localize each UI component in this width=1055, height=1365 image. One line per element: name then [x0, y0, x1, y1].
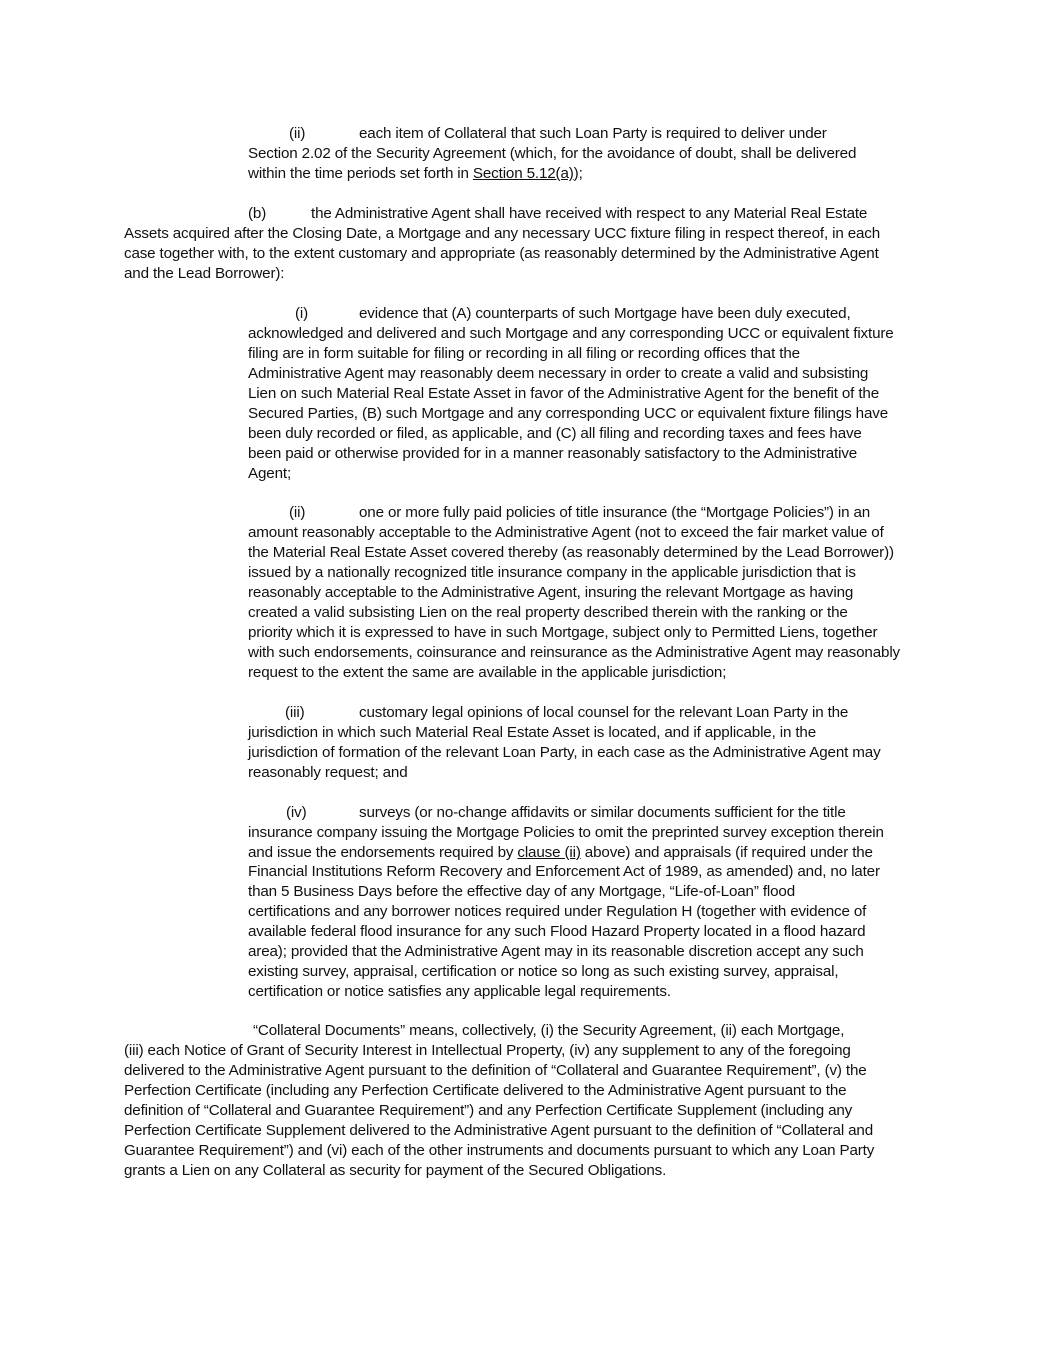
text-line: certifications and any borrower notices …: [248, 902, 866, 922]
text-line: Financial Institutions Reform Recovery a…: [248, 862, 880, 882]
text-line: grants a Lien on any Collateral as secur…: [124, 1161, 666, 1181]
clause-label: (ii): [289, 503, 305, 523]
text-line: and the Lead Borrower):: [124, 264, 284, 284]
text-line: reasonably request; and: [248, 763, 408, 783]
text-line: available federal flood insurance for an…: [248, 922, 865, 942]
text-line: jurisdiction in which such Material Real…: [248, 723, 816, 743]
text-line: certification or notice satisfies any ap…: [248, 982, 671, 1002]
text-line: Secured Parties, (B) such Mortgage and a…: [248, 404, 888, 424]
text-line: Administrative Agent may reasonably deem…: [248, 364, 868, 384]
text-line: the Material Real Estate Asset covered t…: [248, 543, 894, 563]
text-line: Perfection Certificate Supplement delive…: [124, 1121, 873, 1141]
text-line: Assets acquired after the Closing Date, …: [124, 224, 880, 244]
text-line: created a valid subsisting Lien on the r…: [248, 603, 848, 623]
text-line: each item of Collateral that such Loan P…: [359, 124, 827, 144]
clause-reference-link[interactable]: clause (ii): [517, 844, 580, 861]
text-line: Agent;: [248, 464, 291, 484]
clause-label: (i): [295, 304, 308, 324]
text-line: than 5 Business Days before the effectiv…: [248, 882, 795, 902]
text-line: the Administrative Agent shall have rece…: [311, 204, 867, 224]
text-line: been paid or otherwise provided for in a…: [248, 444, 857, 464]
text-line: issued by a nationally recognized title …: [248, 563, 856, 583]
clause-label: (ii): [289, 124, 305, 144]
text-line: reasonably acceptable to the Administrat…: [248, 583, 853, 603]
text-line: and issue the endorsements required by c…: [248, 843, 873, 863]
text-line: “Collateral Documents” means, collective…: [253, 1021, 844, 1041]
text-line: (iii) each Notice of Grant of Security I…: [124, 1041, 851, 1061]
text-line: Guarantee Requirement”) and (vi) each of…: [124, 1141, 874, 1161]
text-line: request to the extent the same are avail…: [248, 663, 726, 683]
clause-label: (iii): [285, 703, 305, 723]
text-line: with such endorsements, coinsurance and …: [248, 643, 900, 663]
text-line: existing survey, appraisal, certificatio…: [248, 962, 838, 982]
text-line: been duly recorded or filed, as applicab…: [248, 424, 862, 444]
text-line: surveys (or no-change affidavits or simi…: [359, 803, 846, 823]
text-line: definition of “Collateral and Guarantee …: [124, 1101, 852, 1121]
text-line: jurisdiction of formation of the relevan…: [248, 743, 881, 763]
text-line: Perfection Certificate (including any Pe…: [124, 1081, 846, 1101]
text-line: area); provided that the Administrative …: [248, 942, 864, 962]
text-line: priority which it is expressed to have i…: [248, 623, 877, 643]
text-line: case together with, to the extent custom…: [124, 244, 879, 264]
text-line: Section 2.02 of the Security Agreement (…: [248, 144, 856, 164]
text-line: evidence that (A) counterparts of such M…: [359, 304, 851, 324]
clause-label: (iv): [286, 803, 306, 823]
document-page: (ii) each item of Collateral that such L…: [0, 0, 1055, 1365]
text-line: amount reasonably acceptable to the Admi…: [248, 523, 884, 543]
clause-label: (b): [248, 204, 266, 224]
text-line: delivered to the Administrative Agent pu…: [124, 1061, 867, 1081]
section-reference-link[interactable]: Section 5.12(a): [473, 165, 574, 182]
text-line: within the time periods set forth in Sec…: [248, 164, 583, 184]
text-line: filing are in form suitable for filing o…: [248, 344, 800, 364]
text-line: acknowledged and delivered and such Mort…: [248, 324, 894, 344]
text-line: customary legal opinions of local counse…: [359, 703, 848, 723]
text-line: one or more fully paid policies of title…: [359, 503, 870, 523]
text-line: insurance company issuing the Mortgage P…: [248, 823, 884, 843]
text-line: Lien on such Material Real Estate Asset …: [248, 384, 879, 404]
